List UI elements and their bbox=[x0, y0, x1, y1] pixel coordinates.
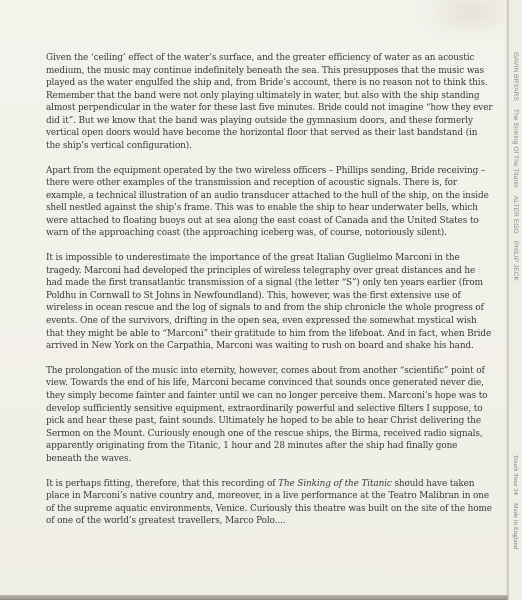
spine-artist: GAVIN BRYARS bbox=[511, 52, 520, 101]
paragraph-marconi: It is impossible to underestimate the im… bbox=[46, 252, 494, 352]
paragraph-wireless-officers: Apart from the equipment operated by the… bbox=[46, 165, 494, 240]
liner-notes-body: Given the ‘ceiling’ effect of the water’… bbox=[46, 52, 494, 540]
booklet-page: Given the ‘ceiling’ effect of the water’… bbox=[0, 0, 522, 600]
paragraph-prolongation: The prolongation of the music into etern… bbox=[46, 365, 494, 465]
paragraph-recording-venice: It is perhaps fitting, therefore, that t… bbox=[46, 478, 494, 528]
spine-label: ALTER EGO bbox=[511, 196, 520, 234]
spine-origin: Made in England bbox=[511, 503, 520, 549]
spine-credits: GAVIN BRYARS The Sinking Of The Titanic … bbox=[511, 52, 520, 287]
spine-catalogue-number: Touch Tone 34 bbox=[511, 455, 520, 495]
text-before-title: It is perhaps fitting, therefore, that t… bbox=[46, 479, 278, 489]
work-title: The Sinking of the Titanic bbox=[278, 479, 392, 489]
paper-smudge bbox=[420, 0, 505, 40]
spine-collaborator: PHILIP JECK bbox=[511, 241, 520, 281]
paragraph-ceiling-effect: Given the ‘ceiling’ effect of the water’… bbox=[46, 52, 494, 152]
spine-catalogue-info: Touch Tone 34 Made in England bbox=[511, 455, 520, 555]
page-bottom-edge bbox=[0, 595, 510, 600]
spine-title: The Sinking Of The Titanic bbox=[511, 109, 520, 188]
